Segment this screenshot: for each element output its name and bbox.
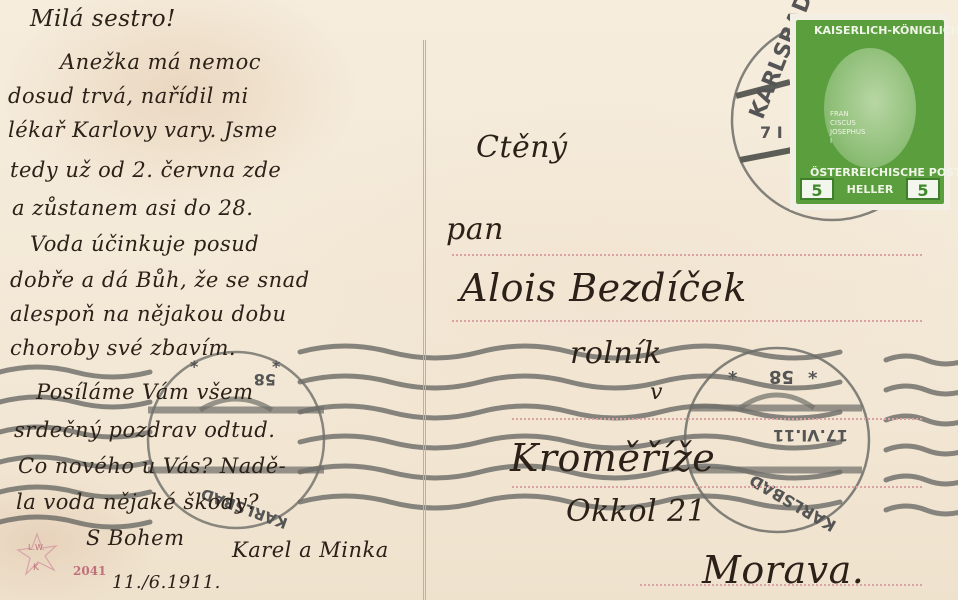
message-line: Voda účinkuje posud <box>30 232 259 256</box>
emperor-portrait-icon <box>824 48 916 168</box>
svg-text:58: 58 <box>769 366 794 387</box>
address-name: Alois Bezdíček <box>460 266 747 310</box>
message-date: 11./6.1911. <box>112 572 221 593</box>
stamp-portrait-caption: FRAN CISCUS JOSEPHUS I <box>830 110 866 146</box>
stamp-value-right: 5 <box>906 178 940 200</box>
message-greeting: Milá sestro! <box>30 6 176 32</box>
address-divider <box>423 40 426 600</box>
publisher-logo-icon: L.W. K <box>14 530 60 580</box>
message-line: a zůstanem asi do 28. <box>12 196 253 220</box>
message-line: alespoň na nějakou dobu <box>10 302 287 326</box>
address-line <box>512 486 922 488</box>
address-occupation: rolník <box>570 336 662 371</box>
message-farewell: S Bohem <box>86 526 185 550</box>
svg-text:7 I: 7 I <box>760 123 783 142</box>
address-preposition: v <box>650 380 663 405</box>
address-town: Kroměříže <box>510 436 715 480</box>
message-line: Anežka má nemoc <box>60 50 261 74</box>
address-district: Okkol 21 <box>566 494 706 529</box>
stamp-country-top: KAISERLICH-KÖNIGLICHE <box>814 24 958 37</box>
postage-stamp: FRAN CISCUS JOSEPHUS I KAISERLICH-KÖNIGL… <box>790 14 950 210</box>
message-line: choroby své zbavím. <box>10 336 236 360</box>
message-line: lékař Karlovy vary. Jsme <box>8 118 278 142</box>
svg-text:17.VI.11: 17.VI.11 <box>773 426 848 445</box>
svg-text:K: K <box>33 563 40 573</box>
message-line: la voda nějaké škody? <box>16 490 259 514</box>
address-salutation: Ctěný <box>476 130 568 165</box>
address-line <box>452 320 922 322</box>
stamp-currency: HELLER <box>847 183 894 196</box>
svg-text:L.W.: L.W. <box>28 543 45 552</box>
message-signature: Karel a Minka <box>232 538 389 562</box>
svg-text:*: * <box>808 368 818 389</box>
message-line: dobře a dá Bůh, že se snad <box>10 268 310 292</box>
message-line: dosud trvá, nařídil mi <box>8 84 249 108</box>
stamp-value-left: 5 <box>800 178 834 200</box>
message-line: tedy už od 2. června zde <box>10 158 281 182</box>
address-line <box>512 418 922 420</box>
message-line: Co nového u Vás? Nadě- <box>18 454 286 478</box>
address-title: pan <box>446 212 504 247</box>
svg-text:*: * <box>728 368 738 389</box>
svg-text:*: * <box>272 357 281 376</box>
print-number: 2041 <box>73 564 106 578</box>
address-region: Morava. <box>702 548 864 592</box>
postcard-back: 58 * * KARLSBAD 58 * * 17.VI.11 KARLSBAD… <box>0 0 958 600</box>
message-line: Posíláme Vám všem <box>36 380 254 404</box>
stamp-frame: FRAN CISCUS JOSEPHUS I KAISERLICH-KÖNIGL… <box>796 20 944 204</box>
address-line <box>452 254 922 256</box>
message-line: srdečný pozdrav odtud. <box>14 418 275 442</box>
